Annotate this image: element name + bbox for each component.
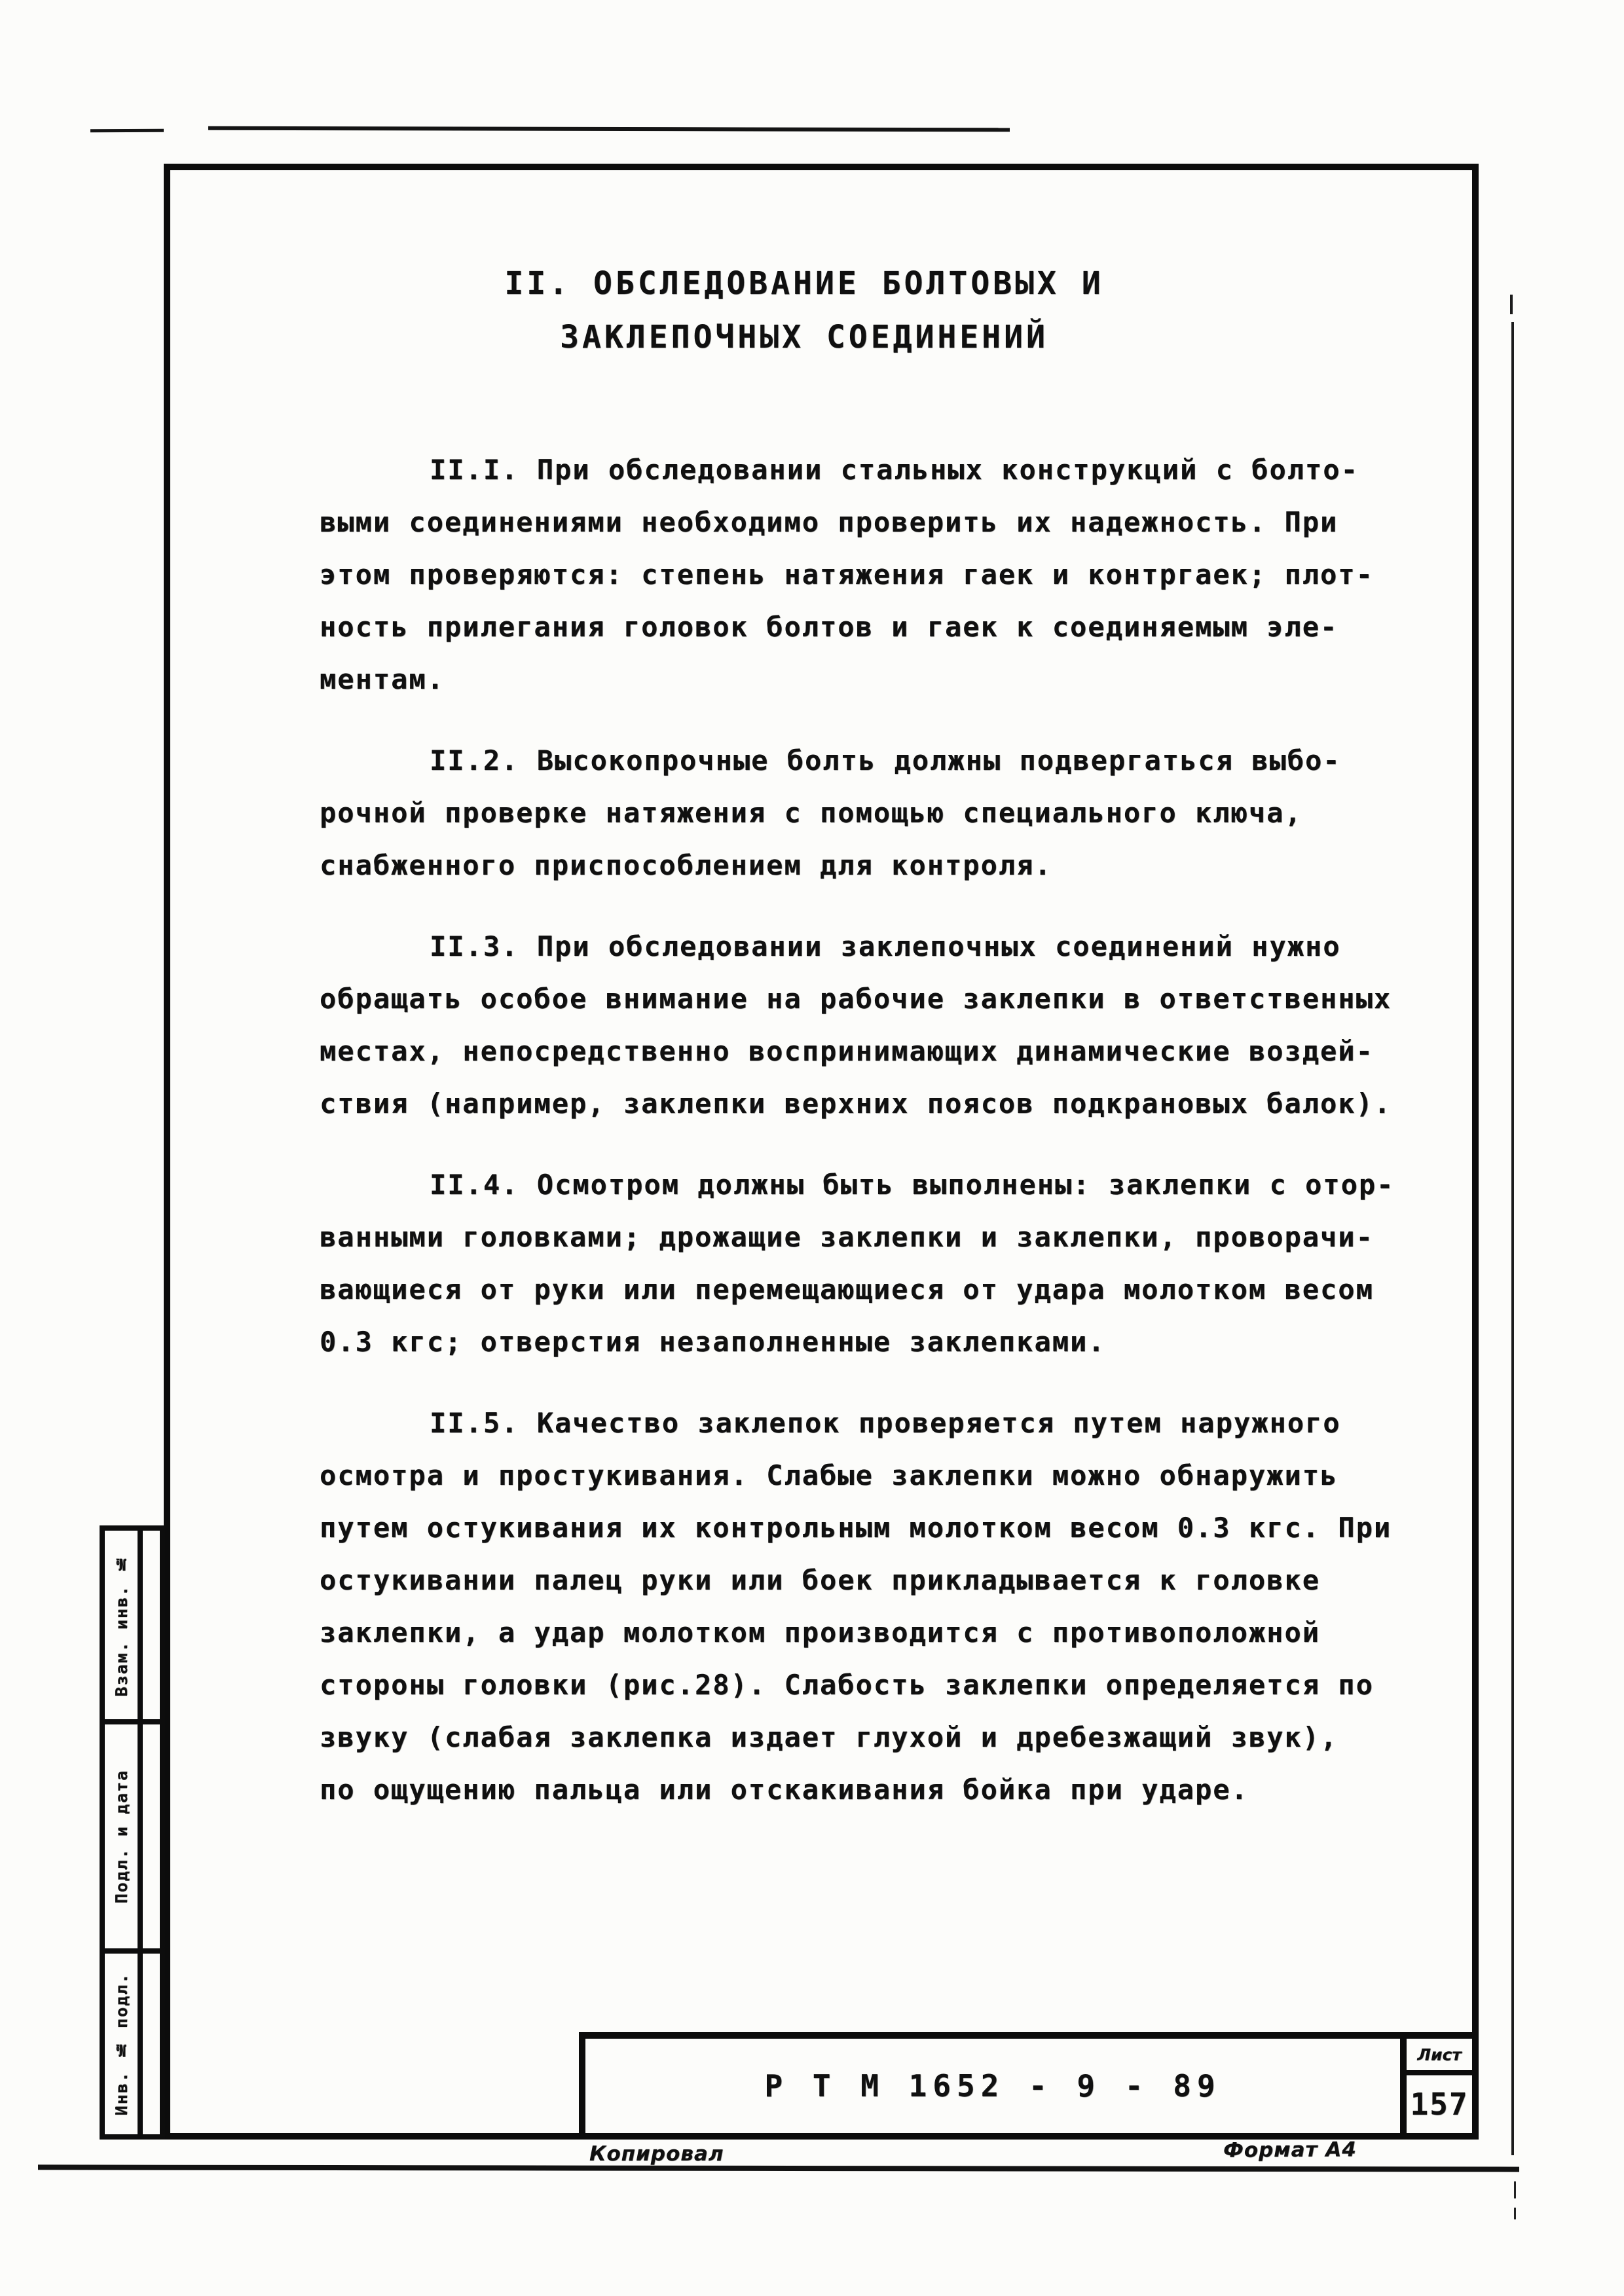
side-slot-empty [143, 1531, 160, 1724]
heading-line: ЗАКЛЕПОЧНЫХ СОЕДИНЕНИЙ [320, 310, 1289, 364]
gost-side-labels: Взам. инв. № Подл. и дата Инв. № подл. [105, 1531, 143, 2134]
paragraph-II-3: II.3. При обследовании заклепочных соеди… [320, 920, 1357, 1130]
text-line: 0.3 кгс; отверстия незаполненные заклепк… [320, 1316, 1357, 1368]
document-number: Р Т М 1652 - 9 - 89 [585, 2039, 1400, 2133]
text-line: II.3. При обследовании заклепочных соеди… [320, 920, 1357, 973]
side-cell-podl-data: Подл. и дата [105, 1724, 138, 1954]
sheet-number: 157 [1407, 2075, 1472, 2133]
side-cell-inv-podl: Инв. № подл. [105, 1954, 138, 2134]
text-line: путем остукивания их контрольным молотко… [320, 1502, 1357, 1554]
text-line: рочной проверке натяжения с помощью спец… [320, 787, 1357, 839]
text-line: стороны головки (рис.28). Слабость закле… [320, 1659, 1357, 1711]
text-line: местах, непосредственно воспринимающих д… [320, 1025, 1357, 1078]
bottom-rule [38, 2164, 1519, 2172]
section-heading: II. ОБСЛЕДОВАНИЕ БОЛТОВЫХ И ЗАКЛЕПОЧНЫХ … [320, 257, 1289, 364]
text-line: остукивании палец руки или боек приклады… [320, 1554, 1357, 1607]
text-line: заклепки, а удар молотком производится с… [320, 1607, 1357, 1659]
document-body: II.I. При обследовании стальных конструк… [320, 444, 1357, 1816]
paragraph-II-4: II.4. Осмотром должны быть выполнены: за… [320, 1159, 1357, 1368]
side-cell-label: Подл. и дата [112, 1770, 131, 1904]
side-cell-label: Взам. инв. № [112, 1554, 131, 1697]
paper-edge-dash [1514, 2181, 1516, 2198]
text-line: ность прилегания головок болтов и гаек к… [320, 601, 1357, 653]
text-line: выми соединениями необходимо проверить и… [320, 496, 1357, 549]
text-line: II.2. Высокопрочные болть должны подверг… [320, 735, 1357, 787]
text-line: снабженного приспособлением для контроля… [320, 839, 1357, 892]
gost-side-column: Взам. инв. № Подл. и дата Инв. № подл. [100, 1525, 165, 2140]
top-rule-segment [90, 129, 164, 133]
side-slot-empty [143, 1954, 160, 2134]
text-line: ванными головками; дрожащие заклепки и з… [320, 1211, 1357, 1264]
sheet-label: Лист [1407, 2039, 1472, 2075]
sheet-column: Лист 157 [1400, 2039, 1472, 2133]
paper-edge-line [1511, 322, 1514, 2155]
text-line: II.I. При обследовании стальных конструк… [320, 444, 1357, 496]
side-slot-empty [143, 1724, 160, 1954]
text-line: II.4. Осмотром должны быть выполнены: за… [320, 1159, 1357, 1211]
side-cell-label: Инв. № подл. [112, 1973, 131, 2116]
text-line: вающиеся от руки или перемещающиеся от у… [320, 1264, 1357, 1316]
paragraph-II-2: II.2. Высокопрочные болть должны подверг… [320, 735, 1357, 892]
text-line: осмотра и простукивания. Слабые заклепки… [320, 1449, 1357, 1502]
paper-edge-tick [1510, 295, 1513, 314]
top-rule [208, 126, 1010, 132]
text-line: II.5. Качество заклепок проверяется путе… [320, 1397, 1357, 1449]
format-label: Формат А4 [1223, 2138, 1357, 2162]
paper-edge-dash [1514, 2208, 1516, 2219]
gost-side-slots [143, 1531, 160, 2134]
heading-line: II. ОБСЛЕДОВАНИЕ БОЛТОВЫХ И [320, 257, 1289, 310]
text-line: по ощущению пальца или отскакивания бойк… [320, 1764, 1357, 1816]
scanned-document-page: II. ОБСЛЕДОВАНИЕ БОЛТОВЫХ И ЗАКЛЕПОЧНЫХ … [0, 0, 1624, 2296]
text-line: обращать особое внимание на рабочие закл… [320, 973, 1357, 1025]
side-cell-vzam-inv: Взам. инв. № [105, 1531, 138, 1724]
text-line: ментам. [320, 653, 1357, 706]
text-line: этом проверяются: степень натяжения гаек… [320, 549, 1357, 601]
paragraph-II-5: II.5. Качество заклепок проверяется путе… [320, 1397, 1357, 1816]
text-line: ствия (например, заклепки верхних поясов… [320, 1078, 1357, 1130]
title-block: Р Т М 1652 - 9 - 89 Лист 157 [579, 2032, 1479, 2140]
text-line: звуку (слабая заклепка издает глухой и д… [320, 1711, 1357, 1764]
paragraph-II-1: II.I. При обследовании стальных конструк… [320, 444, 1357, 706]
copied-by-label: Копировал [589, 2142, 724, 2166]
